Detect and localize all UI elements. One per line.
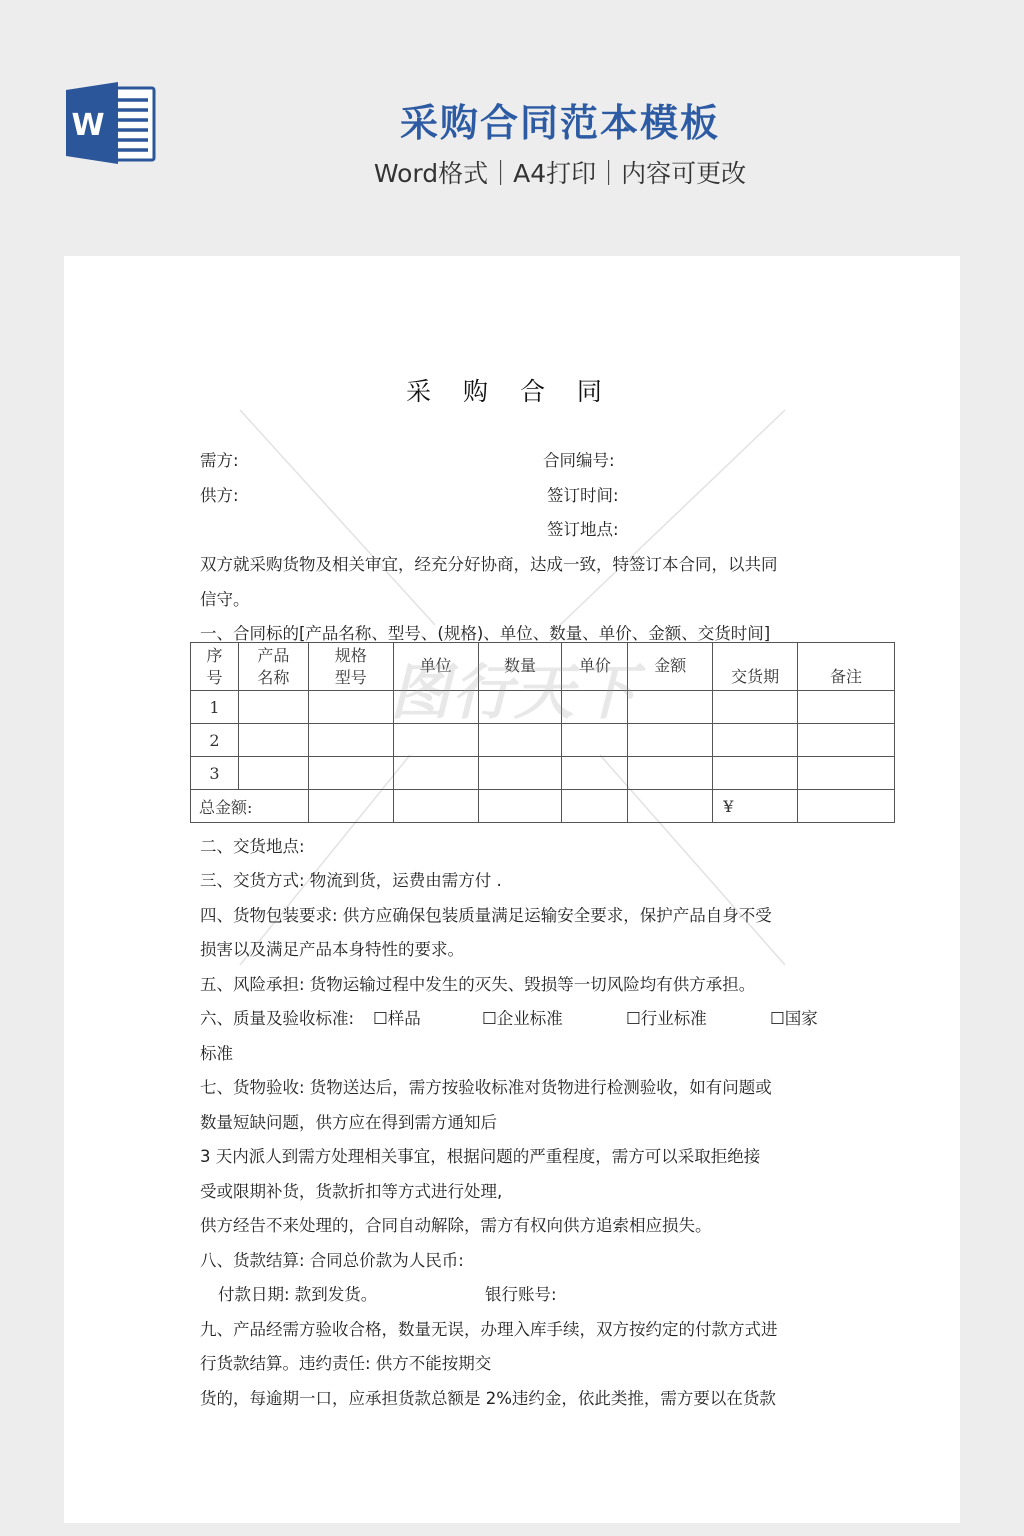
section-5: 五、风险承担: 货物运输过程中发生的灭失、毁损等一切风险均有供方承担。 (200, 971, 755, 995)
supplier-field: 供方: (200, 482, 239, 506)
contract-title: 采 购 合 同 (330, 372, 690, 408)
col-header-product: 产品名称 (238, 643, 308, 691)
section-8: 八、货款结算: 合同总价款为人民币: (200, 1247, 464, 1271)
page-title: 采购合同范本模板 (300, 92, 820, 147)
section-7-line-4: 受或限期补货，货款折扣等方式进行处理, (200, 1178, 502, 1202)
checkbox-sample[interactable]: ☐样品 (373, 1005, 421, 1029)
checkbox-enterprise-standard[interactable]: ☐企业标准 (482, 1005, 563, 1029)
col-header-delivery: 交货期 (713, 643, 798, 691)
col-header-unit: 单位 (393, 643, 478, 691)
section-3: 三、交货方式: 物流到货，运费由需方付 . (200, 867, 502, 891)
section-4-line-2: 损害以及满足产品本身特性的要求。 (200, 936, 464, 960)
payment-date: 付款日期: 款到发货。 (218, 1281, 377, 1305)
table-row: 2 (191, 724, 895, 757)
contract-no-field: 合同编号: (543, 447, 615, 471)
total-label: 总金额: (191, 790, 309, 823)
section-6-continuation: 标准 (200, 1040, 233, 1064)
total-currency: ¥ (713, 790, 798, 823)
checkbox-industry-standard[interactable]: ☐行业标准 (626, 1005, 707, 1029)
intro-line-2: 信守。 (200, 586, 250, 610)
col-header-price: 单价 (562, 643, 628, 691)
table-total-row: 总金额: ¥ (191, 790, 895, 823)
table-row: 1 (191, 691, 895, 724)
buyer-field: 需方: (200, 447, 239, 471)
section-9-line-3: 货的，每逾期一口，应承担货款总额是 2%违约金，依此类推，需方要以在货款 (200, 1385, 776, 1409)
page-subtitle: Word格式｜A4打印｜内容可更改 (300, 154, 820, 190)
section-7-line-5: 供方经告不来处理的，合同自动解除，需方有权向供方追索相应损失。 (200, 1212, 712, 1236)
word-document-icon: W (66, 80, 158, 166)
section-7-line-1: 七、货物验收: 货物送达后，需方按验收标准对货物进行检测验收，如有问题或 (200, 1074, 772, 1098)
section-7-line-2: 数量短缺问题，供方应在得到需方通知后 (200, 1109, 497, 1133)
section-9-line-1: 九、产品经需方验收合格，数量无误，办理入库手续，双方按约定的付款方式进 (200, 1316, 778, 1340)
sign-time-field: 签订时间: (547, 482, 619, 506)
section-7-line-3: 3 天内派人到需方处理相关事宜，根据问题的严重程度，需方可以采取拒绝接 (200, 1143, 760, 1167)
svg-text:W: W (71, 108, 104, 143)
table-row: 3 (191, 757, 895, 790)
col-header-remark: 备注 (798, 643, 895, 691)
section-6-label: 六、质量及验收标准: (200, 1005, 354, 1029)
section-1-heading: 一、合同标的[产品名称、型号、(规格)、单位、数量、单价、金额、交货时间] (200, 620, 770, 644)
intro-line-1: 双方就采购货物及相关审宜，经充分好协商，达成一致，特签订本合同，以共同 (200, 551, 778, 575)
col-header-amount: 金额 (628, 643, 713, 691)
col-header-no: 序号 (191, 643, 239, 691)
bank-account: 银行账号: (485, 1281, 557, 1305)
col-header-spec: 规格型号 (308, 643, 393, 691)
sign-place-field: 签订地点: (547, 516, 619, 540)
col-header-qty: 数量 (478, 643, 562, 691)
section-4-line-1: 四、货物包装要求: 供方应确保包装质量满足运输安全要求，保护产品自身不受 (200, 902, 772, 926)
section-2: 二、交货地点: (200, 833, 305, 857)
checkbox-national-standard[interactable]: ☐国家 (770, 1005, 818, 1029)
section-9-line-2: 行货款结算。违约责任: 供方不能按期交 (200, 1350, 491, 1374)
table-header-row: 序号 产品名称 规格型号 单位 数量 单价 金额 交货期 备注 (191, 643, 895, 691)
items-table: 序号 产品名称 规格型号 单位 数量 单价 金额 交货期 备注 1 2 3 总金… (190, 642, 895, 823)
